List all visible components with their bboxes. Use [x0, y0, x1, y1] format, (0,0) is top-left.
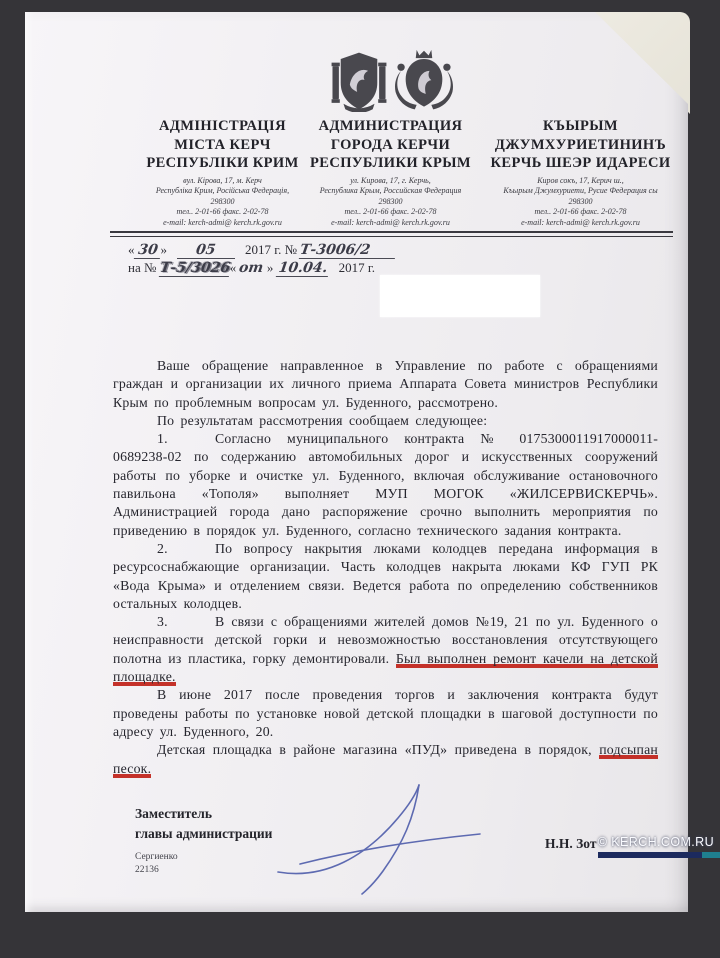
handwritten-month: 05	[195, 242, 217, 258]
watermark-bar-accent	[702, 852, 720, 858]
paragraph-item-2: 2.По вопросу накрытия люками колодцев пе…	[113, 540, 658, 613]
letter-body: Ваше обращение направленное в Управление…	[113, 357, 658, 778]
crimea-coat-of-arms-icon	[331, 48, 387, 112]
paragraph-playground-pud: Детская площадка в районе магазина «ПУД»…	[113, 741, 658, 778]
handwritten-incoming-number: Т-5/3026	[158, 260, 230, 277]
paragraph-june-plans: В июне 2017 после проведения торгов и за…	[113, 686, 658, 741]
org-address-crimean-tatar: Киров сокъ, 17, Керич ш., Къырым Джумхур…	[473, 176, 688, 229]
paragraph-item-3: 3.В связи с обращениями жителей домов №1…	[113, 613, 658, 686]
from-quote-close: »	[267, 260, 274, 275]
number-sign: №	[285, 242, 297, 257]
outgoing-date-line: «30»052017 г. № Т-3006/2	[128, 242, 396, 260]
paragraph-intro: Ваше обращение направленное в Управление…	[113, 357, 658, 412]
paragraph-results-lead: По результатам рассмотрения сообщаем сле…	[113, 412, 658, 430]
incoming-year-label: 2017 г.	[339, 260, 375, 275]
letterhead-divider	[110, 231, 673, 237]
org-title-russian: АДМИНИСТРАЦИЯ ГОРОДА КЕРЧИ РЕСПУБЛИКИ КР…	[283, 117, 498, 173]
item-2-number: 2.	[157, 540, 215, 558]
signer-position: Заместитель главы администрации	[135, 804, 272, 844]
handwritten-day: 30	[133, 242, 161, 259]
redaction-box	[380, 275, 540, 317]
item-1-number: 1.	[157, 430, 215, 448]
handwritten-signature	[270, 778, 485, 903]
reply-prefix: на №	[128, 260, 156, 275]
letterhead-column-russian: АДМИНИСТРАЦИЯ ГОРОДА КЕРЧИ РЕСПУБЛИКИ КР…	[283, 117, 498, 228]
executor-note: Сергиенко 22136	[135, 851, 178, 877]
handwritten-incoming-date: 10.04.	[275, 260, 329, 277]
reference-block: «30»052017 г. № Т-3006/2 на № Т-5/3026« …	[128, 242, 396, 278]
item-3-number: 3.	[157, 613, 215, 631]
playground-text: Детская площадка в районе магазина «ПУД»…	[157, 742, 599, 757]
year-label: 2017 г.	[245, 242, 281, 257]
paragraph-item-1: 1.Согласно муниципального контракта № 01…	[113, 430, 658, 540]
incoming-reference-line: на № Т-5/3026« от » 10.04.2017 г.	[128, 260, 396, 278]
scan-background: АДМІНІСТРАЦІЯ МІСТА КЕРЧ РЕСПУБЛІКИ КРИМ…	[0, 0, 720, 958]
org-address-russian: ул. Кирова, 17, г. Керчь, Республика Кры…	[283, 176, 498, 229]
document-page: АДМІНІСТРАЦІЯ МІСТА КЕРЧ РЕСПУБЛІКИ КРИМ…	[25, 12, 688, 912]
handwritten-from-word: от	[238, 260, 264, 276]
handwritten-outgoing-number: Т-3006/2	[299, 242, 397, 259]
org-title-crimean-tatar: КЪЫРЫМ ДЖУМХУРИЕТИНИНЪ КЕРЧЬ ШЕЭР ИДАРЕС…	[473, 117, 688, 173]
letterhead-emblems	[331, 48, 454, 114]
letterhead-column-crimean-tatar: КЪЫРЫМ ДЖУМХУРИЕТИНИНЪ КЕРЧЬ ШЕЭР ИДАРЕС…	[473, 117, 688, 228]
watermark: © KERCH.COM.RU	[588, 835, 720, 858]
watermark-bar	[598, 852, 720, 858]
kerch-coat-of-arms-icon	[394, 48, 454, 114]
watermark-text: © KERCH.COM.RU	[588, 835, 720, 849]
